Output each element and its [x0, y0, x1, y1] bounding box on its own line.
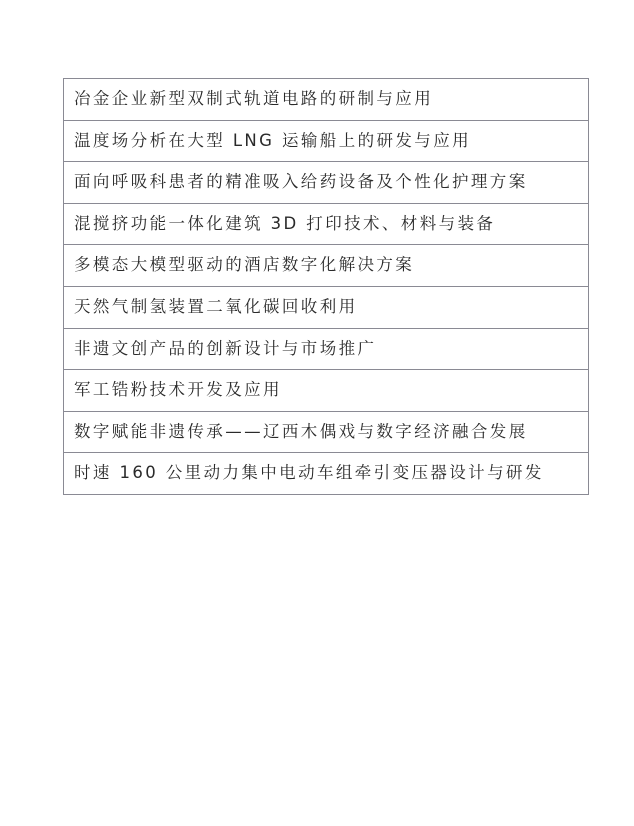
table-cell: 混搅挤功能一体化建筑 3D 打印技术、材料与装备: [64, 203, 589, 245]
table-cell: 冶金企业新型双制式轨道电路的研制与应用: [64, 79, 589, 121]
table-row: 面向呼吸科患者的精准吸入给药设备及个性化护理方案: [64, 162, 589, 204]
table-row: 混搅挤功能一体化建筑 3D 打印技术、材料与装备: [64, 203, 589, 245]
table-row: 数字赋能非遗传承——辽西木偶戏与数字经济融合发展: [64, 411, 589, 453]
table-cell: 军工锆粉技术开发及应用: [64, 370, 589, 412]
table-cell: 非遗文创产品的创新设计与市场推广: [64, 328, 589, 370]
document-page: 冶金企业新型双制式轨道电路的研制与应用 温度场分析在大型 LNG 运输船上的研发…: [0, 0, 634, 826]
table-row: 多模态大模型驱动的酒店数字化解决方案: [64, 245, 589, 287]
table-row: 冶金企业新型双制式轨道电路的研制与应用: [64, 79, 589, 121]
table-cell: 温度场分析在大型 LNG 运输船上的研发与应用: [64, 120, 589, 162]
table-row: 时速 160 公里动力集中电动车组牵引变压器设计与研发: [64, 453, 589, 495]
table-cell: 多模态大模型驱动的酒店数字化解决方案: [64, 245, 589, 287]
project-list-table: 冶金企业新型双制式轨道电路的研制与应用 温度场分析在大型 LNG 运输船上的研发…: [63, 78, 589, 495]
table-cell: 时速 160 公里动力集中电动车组牵引变压器设计与研发: [64, 453, 589, 495]
table-row: 军工锆粉技术开发及应用: [64, 370, 589, 412]
table-cell: 数字赋能非遗传承——辽西木偶戏与数字经济融合发展: [64, 411, 589, 453]
table-cell: 面向呼吸科患者的精准吸入给药设备及个性化护理方案: [64, 162, 589, 204]
table-row: 天然气制氢装置二氧化碳回收利用: [64, 286, 589, 328]
table-row: 非遗文创产品的创新设计与市场推广: [64, 328, 589, 370]
table-cell: 天然气制氢装置二氧化碳回收利用: [64, 286, 589, 328]
table-row: 温度场分析在大型 LNG 运输船上的研发与应用: [64, 120, 589, 162]
